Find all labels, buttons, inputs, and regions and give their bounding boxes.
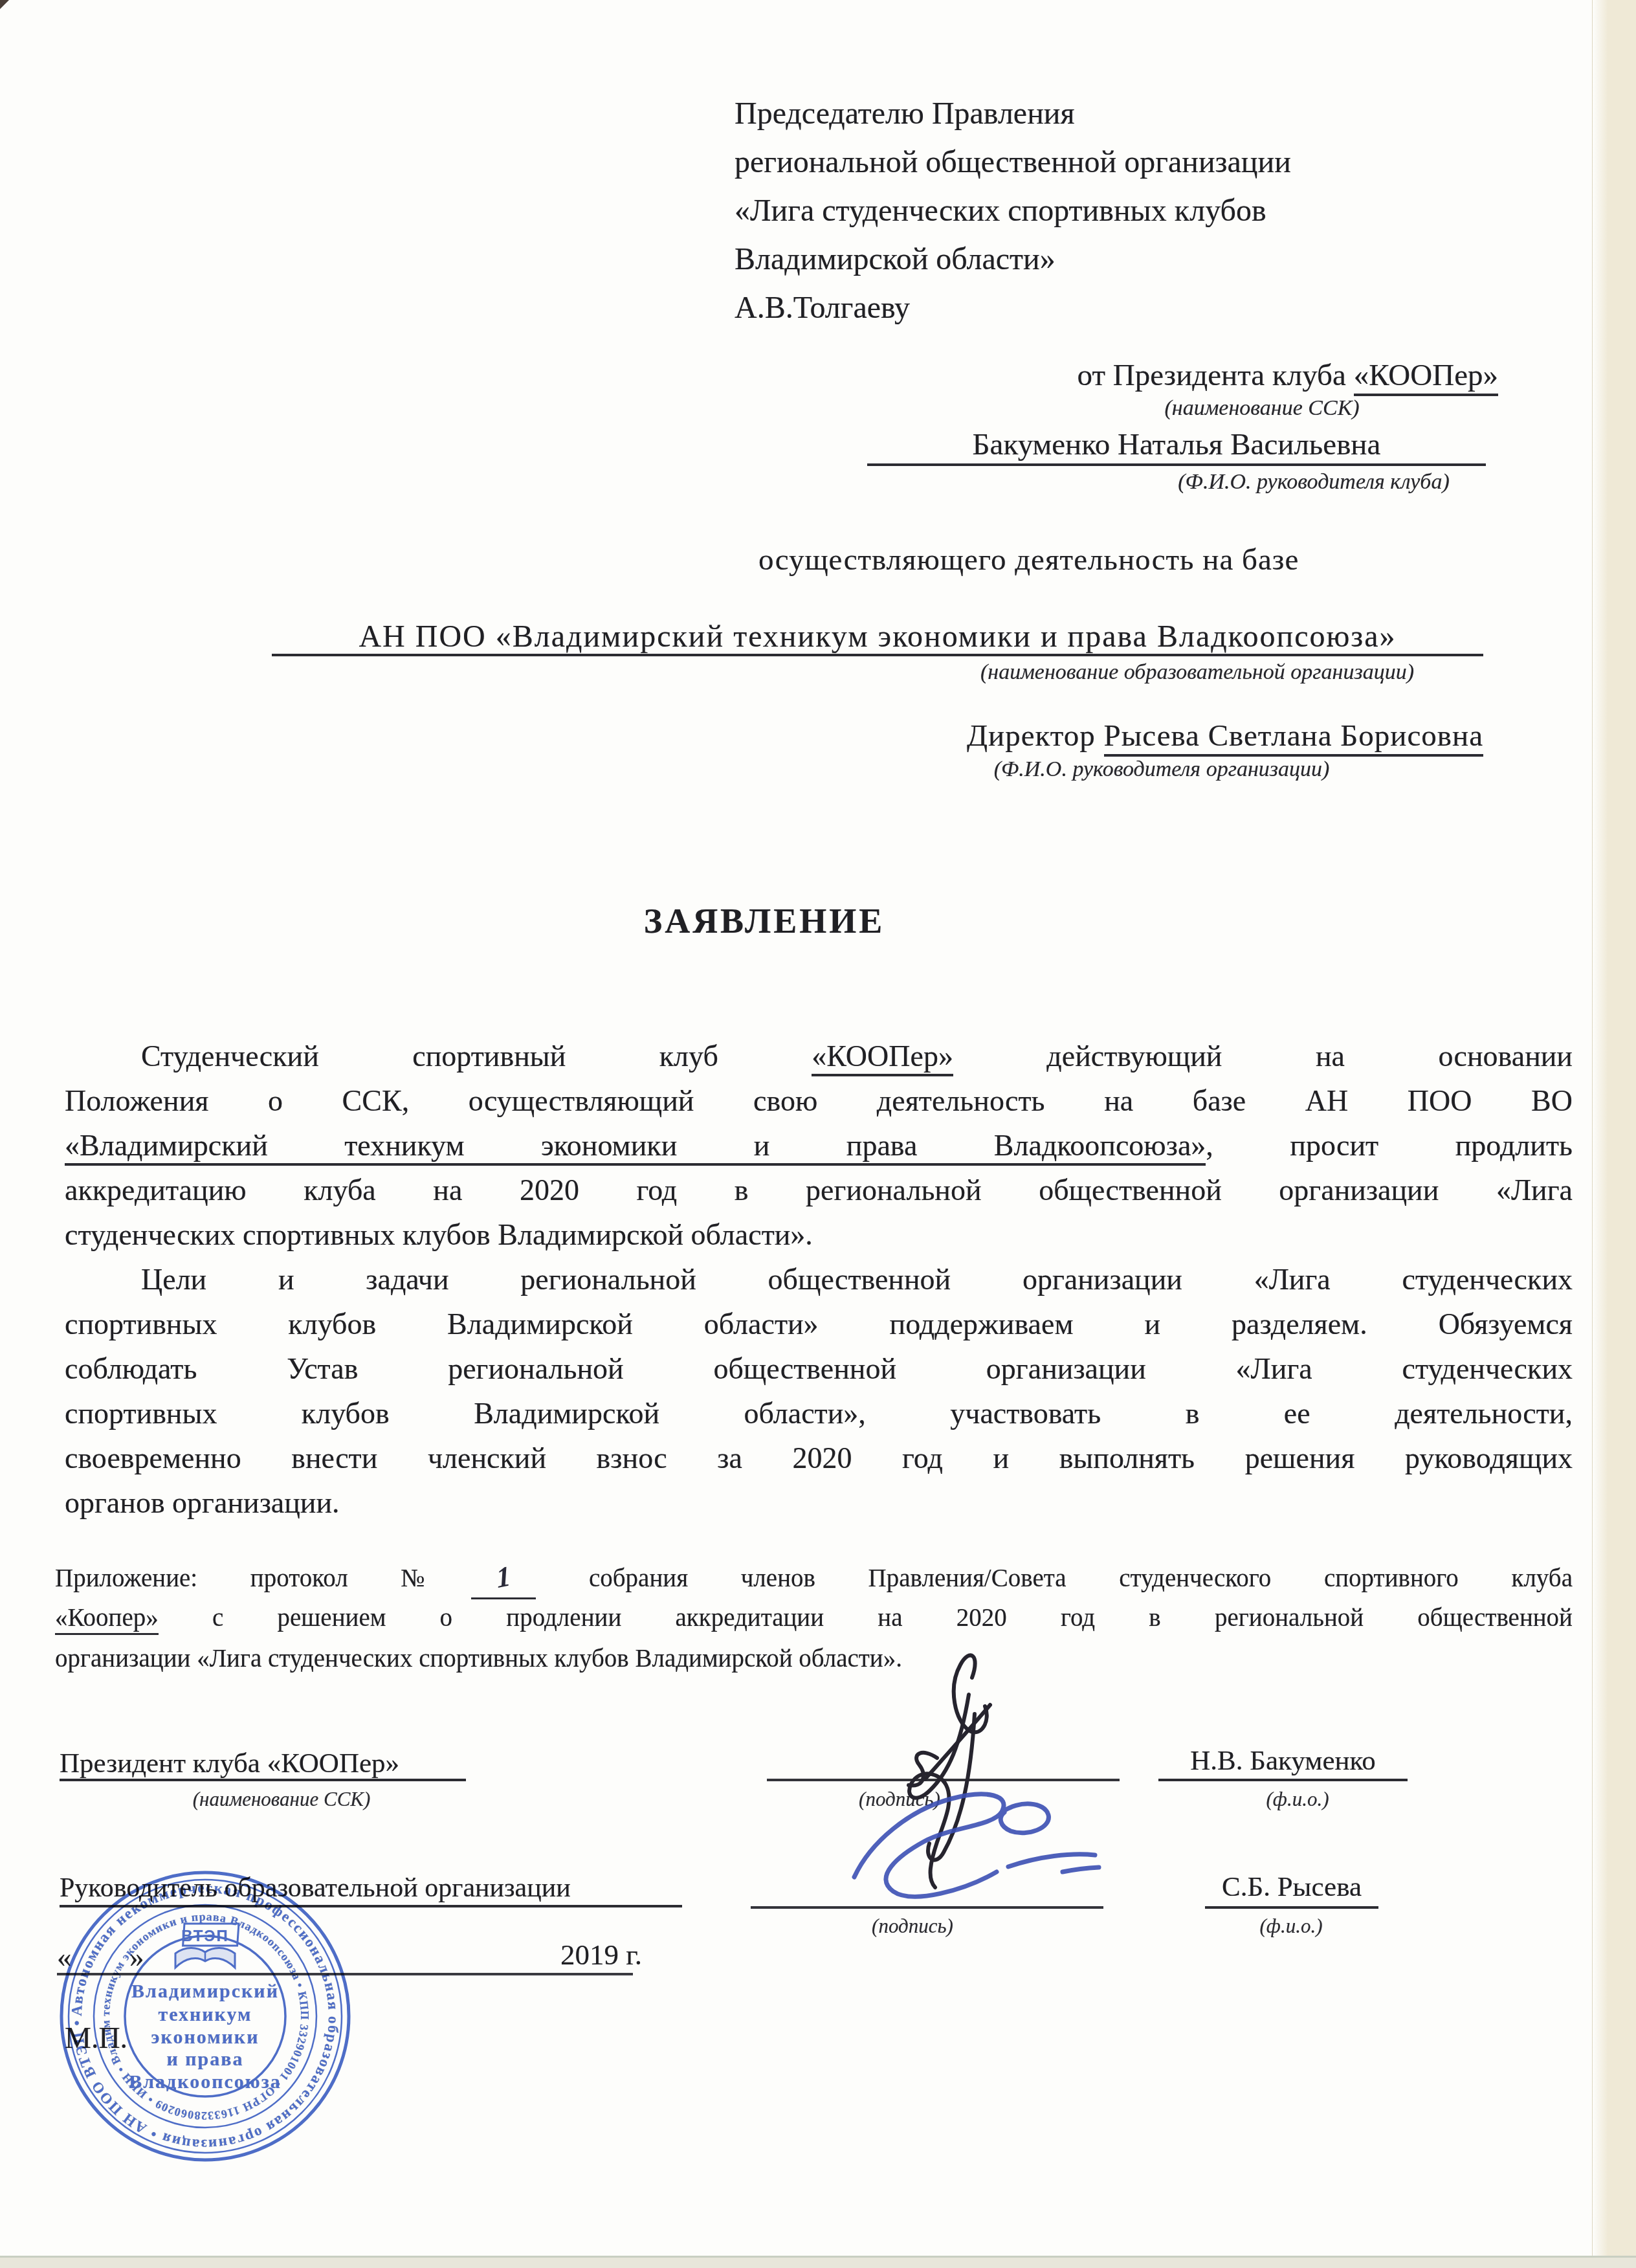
caption-organization: (наименование образовательной организаци… [919,660,1476,685]
club-leader-name: Бакуменко Наталья Васильевна [867,427,1486,466]
scan-corner-artifact [0,0,9,9]
club-name-underlined: «КООПер» [812,1039,953,1076]
caption-club-name: (наименование ССК) [1100,396,1424,421]
addressee-block: Председателю Правления региональной обще… [735,89,1511,332]
signer2-fio: С.Б. Рысева [1205,1871,1378,1909]
director-title: Директор [967,719,1103,753]
signer1-label: Президент клуба «КООПер» [60,1748,466,1781]
svg-text:техникум: техникум [159,2004,252,2025]
date-year: 2019 г. [560,1938,642,1972]
body-text: действующий на основании [953,1039,1573,1073]
signature2-caption: (подпись) [822,1915,1003,1938]
director-line: Директор Рысева Светлана Борисовна [828,718,1483,753]
signature-line-1 [767,1748,1120,1781]
signer1-fio: Н.В. Бакуменко [1158,1745,1408,1781]
attachment-text: Приложение: протокол № [55,1564,471,1592]
caption-director-fio: (Ф.И.О. руководителя организации) [932,757,1391,782]
body-line: Положения о ССК, осуществляющий свою дея… [65,1080,1573,1125]
signature1-caption: (подпись) [809,1788,990,1811]
addressee-line: А.В.Толгаеву [735,283,1511,332]
body-line: «Владимирский техникум экономики и права… [65,1125,1573,1170]
protocol-number-blank: 1 [471,1559,536,1599]
application-body: Студенческий спортивный клуб «КООПер» де… [65,1036,1573,1527]
body-line: соблюдать Устав региональной общественно… [65,1348,1573,1393]
basis-line: осуществляющего деятельность на базе [758,542,1470,577]
attachment-line: Приложение: протокол №1 собрания членов … [55,1559,1573,1599]
signer1-label-caption: (наименование ССК) [165,1788,398,1811]
svg-text:и права: и права [167,2049,244,2070]
from-president-line: от Президента клуба «КООПер» [744,358,1498,393]
body-line: спортивных клубов Владимирской области»,… [65,1393,1573,1438]
attachment-line: организации «Лига студенческих спортивны… [55,1640,1573,1681]
signature-line-2 [751,1875,1103,1909]
body-text: Студенческий спортивный клуб [141,1039,812,1073]
caption-leader-fio: (Ф.И.О. руководителя клуба) [1126,470,1501,495]
addressee-line: Владимирской области» [735,235,1511,283]
body-line: спортивных клубов Владимирской области» … [65,1304,1573,1348]
svg-text:ВТЭП: ВТЭП [181,1928,228,1945]
body-text: , просит продлить [1206,1129,1573,1162]
scan-edge-right [1592,0,1636,2268]
attachment-line: «Коопер» с решением о продлении аккредит… [55,1599,1573,1640]
club-name-underlined: «КООПер» [1354,359,1498,396]
addressee-line: «Лига студенческих спортивных клубов [735,186,1511,235]
body-line: своевременно внести членский взнос за 20… [65,1438,1573,1482]
stamp-book-logo-icon: ВТЭП [175,1924,239,1968]
director-name-underlined: Рысева Светлана Борисовна [1104,719,1483,757]
from-president-text: от Президента клуба [1078,359,1354,392]
organization-stamp-seal: Автономная некоммерческая профессиональн… [57,1868,353,2164]
svg-text:Владкоопсоюза: Владкоопсоюза [129,2071,282,2093]
addressee-line: Председателю Правления [735,89,1511,138]
org-name-underlined: «Владимирский техникум экономики и права… [65,1129,1206,1166]
document-title: ЗАЯВЛЕНИЕ [0,901,1529,941]
svg-text:экономики: экономики [151,2027,260,2048]
scan-edge-bottom [0,2256,1636,2268]
svg-text:Владимирский: Владимирский [131,1981,279,2002]
attachment-text: с решением о продлении аккредитации на 2… [159,1604,1573,1632]
attachment-block: Приложение: протокол №1 собрания членов … [55,1559,1573,1681]
body-line: студенческих спортивных клубов Владимирс… [65,1214,1573,1259]
attachment-text: собрания членов Правления/Совета студенч… [536,1564,1573,1592]
signer2-fio-caption: (ф.и.о.) [1226,1915,1356,1938]
club-name-underlined: «Коопер» [55,1604,159,1635]
body-line: Цели и задачи региональной общественной … [65,1259,1573,1304]
body-line: аккредитацию клуба на 2020 год в региона… [65,1170,1573,1214]
body-line: органов организации. [65,1482,1573,1527]
body-line: Студенческий спортивный клуб «КООПер» де… [65,1036,1573,1080]
scanned-application-letter: Председателю Правления региональной обще… [0,0,1636,2268]
handwritten-number: 1 [495,1559,513,1597]
addressee-line: региональной общественной организации [735,138,1511,186]
organization-name-line: АН ПОО «Владимирский техникум экономики … [272,619,1483,656]
signer1-fio-caption: (ф.и.о.) [1233,1788,1362,1811]
stamp-center-text: Владимирский техникум экономики и права … [129,1981,282,2093]
